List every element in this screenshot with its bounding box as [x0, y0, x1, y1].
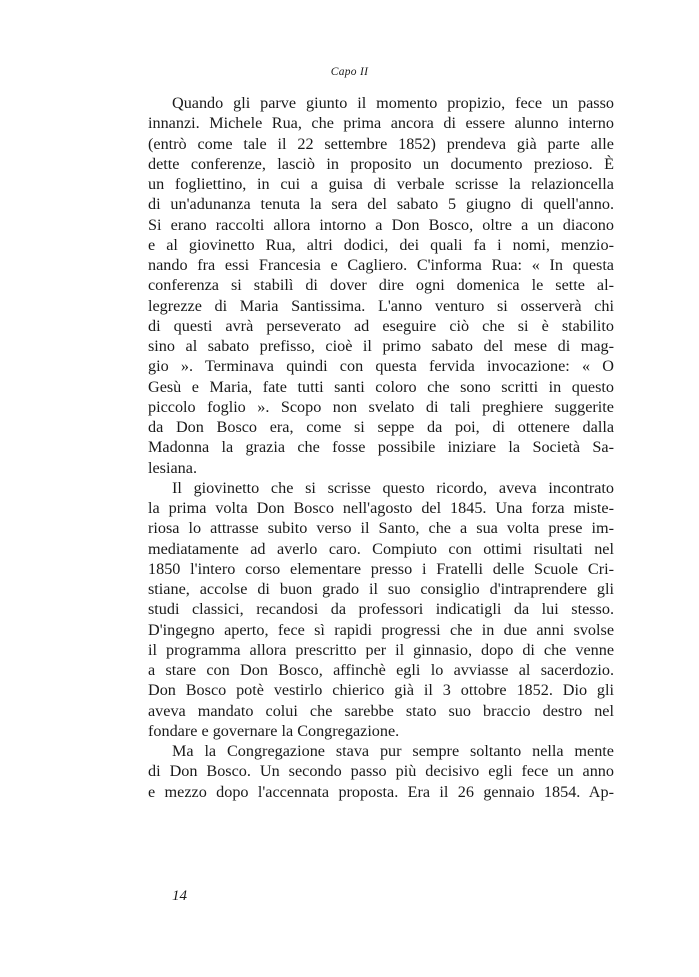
page-number: 14	[172, 888, 187, 905]
text-line: (entrò come tale il 22 settembre 1852) p…	[148, 134, 614, 154]
text-line: Si erano raccolti allora intorno a Don B…	[148, 215, 614, 235]
text-line: Il giovinetto che si scrisse questo rico…	[148, 478, 614, 498]
text-line: lesiana.	[148, 458, 614, 478]
running-head: Capo II	[0, 66, 699, 78]
text-line: di Don Bosco. Un secondo passo più decis…	[148, 761, 614, 781]
text-line: di questi avrà perseverato ad eseguire c…	[148, 316, 614, 336]
text-line: da Don Bosco era, come si seppe da poi, …	[148, 417, 614, 437]
text-line: e al giovinetto Rua, altri dodici, dei q…	[148, 235, 614, 255]
text-line: sino al sabato prefisso, cioè il primo s…	[148, 336, 614, 356]
text-line: la prima volta Don Bosco nell'agosto del…	[148, 498, 614, 518]
text-line: il programma allora prescritto per il gi…	[148, 640, 614, 660]
text-line: nando fra essi Francesia e Cagliero. C'i…	[148, 255, 614, 275]
text-line: di un'adunanza tenuta la sera del sabato…	[148, 194, 614, 214]
text-line: a stare con Don Bosco, affinchè egli lo …	[148, 660, 614, 680]
text-line: 1850 l'intero corso elementare presso i …	[148, 559, 614, 579]
text-line: Gesù e Maria, fate tutti santi coloro ch…	[148, 377, 614, 397]
text-line: fondare e governare la Congregazione.	[148, 721, 614, 741]
paragraph-3: Ma la Congregazione stava pur sempre sol…	[148, 741, 614, 802]
text-line: Ma la Congregazione stava pur sempre sol…	[148, 741, 614, 761]
text-line: studi classici, recandosi da professori …	[148, 599, 614, 619]
text-line: Don Bosco potè vestirlo chierico già il …	[148, 680, 614, 700]
text-line: gio ». Terminava quindi con questa fervi…	[148, 356, 614, 376]
text-line: legrezze di Maria Santissima. L'anno ven…	[148, 296, 614, 316]
paragraph-2: Il giovinetto che si scrisse questo rico…	[148, 478, 614, 741]
text-line: mediatamente ad averlo caro. Compiuto co…	[148, 539, 614, 559]
text-line: e mezzo dopo l'accennata proposta. Era i…	[148, 782, 614, 802]
text-line: innanzi. Michele Rua, che prima ancora d…	[148, 113, 614, 133]
text-line: conferenza si stabilì di dover dire ogni…	[148, 275, 614, 295]
text-line: dette conferenze, lasciò in proposito un…	[148, 154, 614, 174]
text-line: Madonna la grazia che fosse possibile in…	[148, 437, 614, 457]
text-line: aveva mandato colui che sarebbe stato su…	[148, 701, 614, 721]
text-line: stiane, accolse di buon grado il suo con…	[148, 579, 614, 599]
book-page: Capo II Quando gli parve giunto il momen…	[0, 0, 699, 977]
text-line: piccolo foglio ». Scopo non svelato di t…	[148, 397, 614, 417]
body-text: Quando gli parve giunto il momento propi…	[148, 93, 614, 802]
text-line: D'ingegno aperto, fece sì rapidi progres…	[148, 620, 614, 640]
text-line: Quando gli parve giunto il momento propi…	[148, 93, 614, 113]
text-line: riosa lo attrasse subito verso il Santo,…	[148, 518, 614, 538]
paragraph-1: Quando gli parve giunto il momento propi…	[148, 93, 614, 478]
text-line: un fogliettino, in cui a guisa di verbal…	[148, 174, 614, 194]
